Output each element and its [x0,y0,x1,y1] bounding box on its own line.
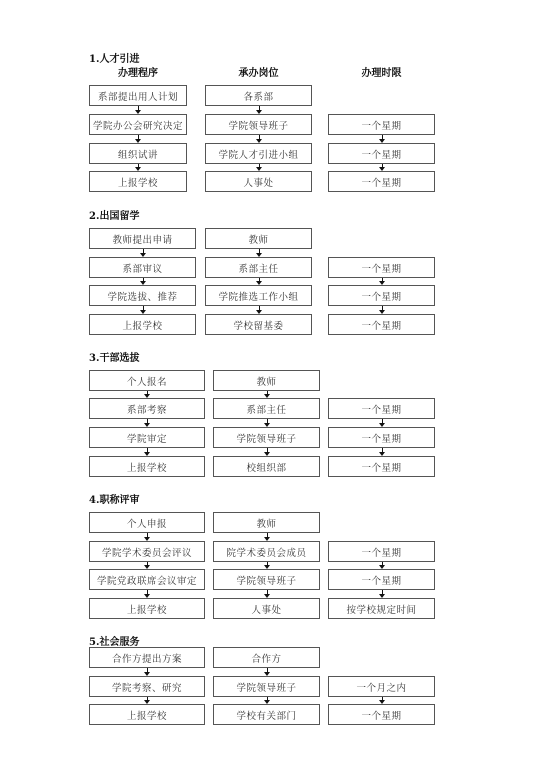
procedure-step-box: 上报学校 [89,171,187,192]
procedure-step-box: 学院考察、研究 [89,676,205,697]
procedure-step-box: 上报学校 [89,598,205,619]
section-title: 2.出国留学 [89,207,139,222]
post-step-box: 合作方 [213,647,320,668]
post-step-box: 学院领导班子 [213,427,320,448]
post-step-box: 人事处 [205,171,312,192]
time-limit-step-box: 按学校规定时间 [328,598,435,619]
section-title: 1.人才引进 [89,50,139,65]
time-limit-step-box: 一个星期 [328,398,435,419]
time-limit-step-box: 一个星期 [328,427,435,448]
post-step-box: 系部主任 [205,257,312,278]
procedure-step-box: 个人申报 [89,512,205,533]
column-header-procedure: 办理程序 [89,64,187,79]
procedure-step-box: 学院办公会研究决定 [89,114,187,135]
time-limit-step-box: 一个星期 [328,314,435,335]
section-title: 3.干部选拔 [89,349,139,364]
procedure-step-box: 组织试讲 [89,143,187,164]
time-limit-step-box: 一个星期 [328,285,435,306]
post-step-box: 学院人才引进小组 [205,143,312,164]
section-title: 5.社会服务 [89,633,139,648]
time-limit-step-box: 一个星期 [328,704,435,725]
post-step-box: 学院推选工作小组 [205,285,312,306]
procedure-step-box: 系部提出用人计划 [89,85,187,106]
time-limit-step-box: 一个星期 [328,171,435,192]
post-step-box: 教师 [213,512,320,533]
time-limit-step-box: 一个星期 [328,541,435,562]
procedure-step-box: 学院选拔、推荐 [89,285,196,306]
time-limit-step-box: 一个月之内 [328,676,435,697]
post-step-box: 人事处 [213,598,320,619]
post-step-box: 教师 [205,228,312,249]
column-header-time-limit: 办理时限 [328,64,435,79]
procedure-step-box: 学院学术委员会评议 [89,541,205,562]
procedure-step-box: 学院审定 [89,427,205,448]
time-limit-step-box: 一个星期 [328,456,435,477]
time-limit-step-box: 一个星期 [328,257,435,278]
procedure-step-box: 学院党政联席会议审定 [89,569,205,590]
post-step-box: 各系部 [205,85,312,106]
procedure-step-box: 上报学校 [89,314,196,335]
procedure-step-box: 个人报名 [89,370,205,391]
time-limit-step-box: 一个星期 [328,143,435,164]
procedure-step-box: 系部考察 [89,398,205,419]
procedure-step-box: 教师提出申请 [89,228,196,249]
post-step-box: 学校留基委 [205,314,312,335]
post-step-box: 院学术委员会成员 [213,541,320,562]
procedure-step-box: 上报学校 [89,456,205,477]
column-header-post: 承办岗位 [205,64,312,79]
time-limit-step-box: 一个星期 [328,569,435,590]
post-step-box: 教师 [213,370,320,391]
post-step-box: 系部主任 [213,398,320,419]
section-title: 4.职称评审 [89,491,139,506]
post-step-box: 学院领导班子 [213,676,320,697]
procedure-step-box: 系部审议 [89,257,196,278]
post-step-box: 学院领导班子 [205,114,312,135]
post-step-box: 学院领导班子 [213,569,320,590]
post-step-box: 学校有关部门 [213,704,320,725]
procedure-step-box: 合作方提出方案 [89,647,205,668]
post-step-box: 校组织部 [213,456,320,477]
procedure-step-box: 上报学校 [89,704,205,725]
time-limit-step-box: 一个星期 [328,114,435,135]
